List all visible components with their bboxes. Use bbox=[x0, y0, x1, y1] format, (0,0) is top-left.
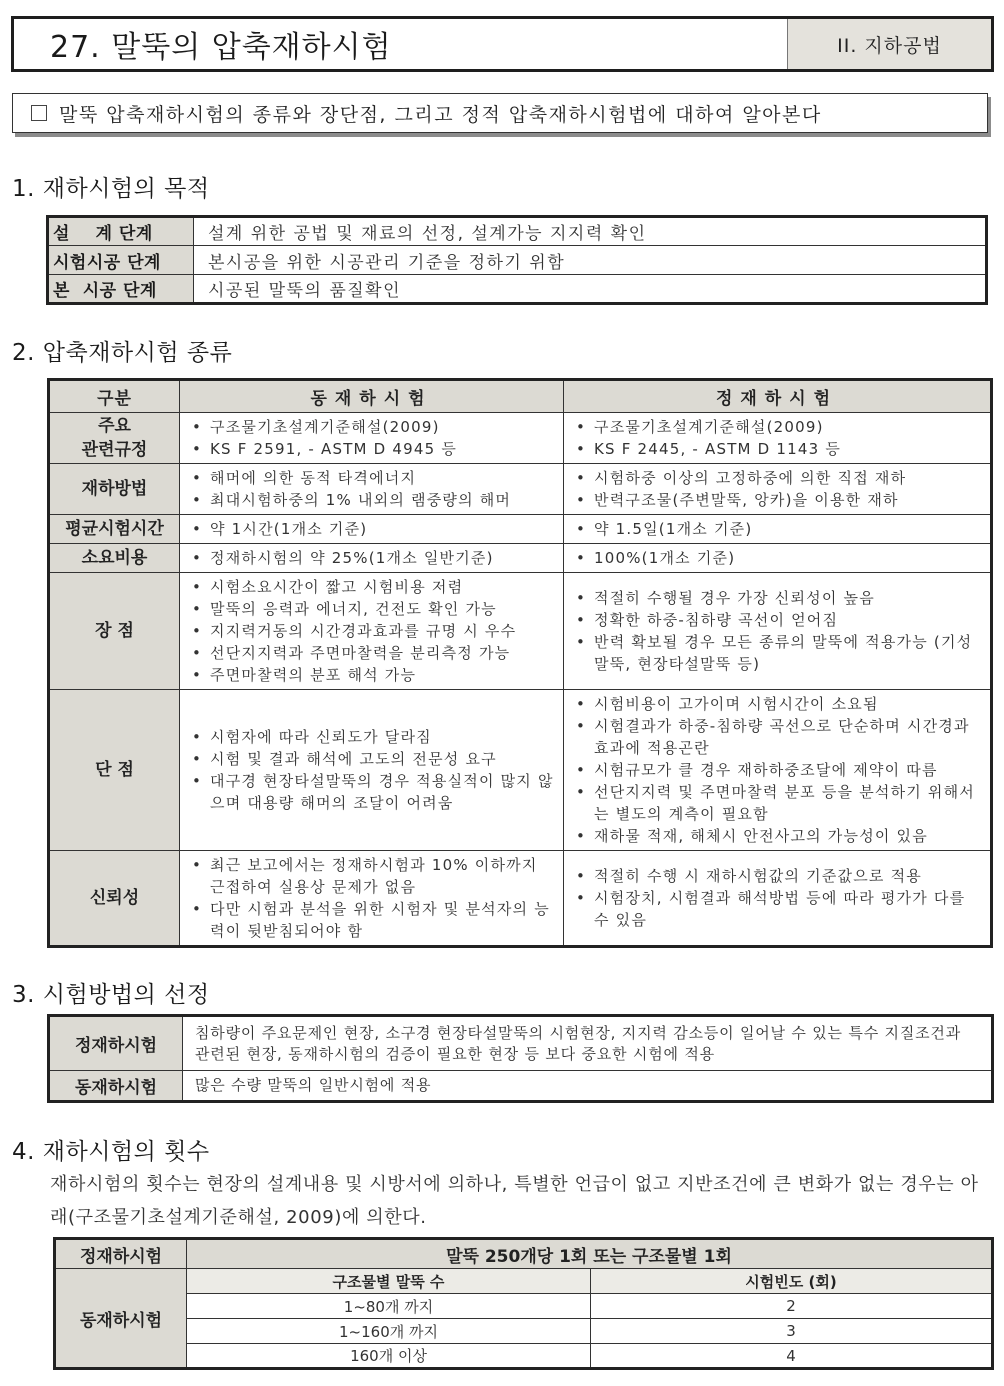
table-row: 160개 이상 4 bbox=[55, 1344, 993, 1369]
table-row: 1~80개 까지 2 bbox=[55, 1294, 993, 1319]
table-header-row: 동재하시험 구조물별 말뚝 수 시험빈도 (회) bbox=[55, 1269, 993, 1294]
column-header: 정재하시험 bbox=[564, 380, 992, 413]
bullet-list: 구조물기초설계기준해설(2009)KS F 2445, - ASTM D 114… bbox=[576, 416, 982, 460]
bullet-item: 시험소요시간이 짧고 시험비용 저렴 bbox=[192, 576, 555, 598]
table-row: 장 점시험소요시간이 짧고 시험비용 저렴말뚝의 응력과 에너지, 건전도 확인… bbox=[49, 573, 992, 690]
row-category: 장 점 bbox=[49, 573, 180, 690]
table-header-row: 구분 동재하시험 정재하시험 bbox=[49, 380, 992, 413]
table-row: 주요 관련규정구조물기초설계기준해설(2009)KS F 2591, - AST… bbox=[49, 413, 992, 464]
title-bar: 27. 말뚝의 압축재하시험 II. 지하공법 bbox=[11, 16, 994, 72]
intro-box: 말뚝 압축재하시험의 종류와 장단점, 그리고 정적 압축재하시험법에 대하여 … bbox=[12, 93, 988, 133]
bullet-item: KS F 2445, - ASTM D 1143 등 bbox=[576, 438, 982, 460]
column-header: 동재하시험 bbox=[180, 380, 564, 413]
row-category: 재하방법 bbox=[49, 464, 180, 515]
table-row: 재하방법해머에 의한 동적 타격에너지최대시험하중의 1% 내외의 램중량의 해… bbox=[49, 464, 992, 515]
table-row: 신뢰성최근 보고에서는 정재하시험과 10% 이하까지 근접하여 실용상 문제가… bbox=[49, 851, 992, 947]
row-category: 신뢰성 bbox=[49, 851, 180, 947]
bullet-item: 적절히 수행될 경우 가장 신뢰성이 높음 bbox=[576, 587, 982, 609]
bullet-item: 100%(1개소 기준) bbox=[576, 547, 982, 569]
pile-count-cell: 1~80개 까지 bbox=[187, 1294, 591, 1319]
bullet-item: 해머에 의한 동적 타격에너지 bbox=[192, 467, 555, 489]
column-header: 시험빈도 (회) bbox=[591, 1269, 993, 1294]
table-row: 본 시공 단계 시공된 말뚝의 품질확인 bbox=[48, 275, 987, 304]
table-row: 단 점시험자에 따라 신뢰도가 달라짐시험 및 결과 해석에 고도의 전문성 요… bbox=[49, 690, 992, 851]
row-label: 설 계 단계 bbox=[48, 217, 194, 246]
row-value: 시공된 말뚝의 품질확인 bbox=[194, 275, 987, 304]
row-label: 정재하시험 bbox=[49, 1016, 183, 1071]
chapter-label: II. 지하공법 bbox=[787, 19, 991, 69]
bullet-item: 구조물기초설계기준해설(2009) bbox=[192, 416, 555, 438]
row-label: 정재하시험 bbox=[55, 1239, 187, 1269]
row-label: 동재하시험 bbox=[55, 1269, 187, 1369]
dynamic-test-cell: 약 1시간(1개소 기준) bbox=[180, 515, 564, 544]
bullet-list: 100%(1개소 기준) bbox=[576, 547, 982, 569]
bullet-item: 적절히 수행 시 재하시험값의 기준값으로 적용 bbox=[576, 865, 982, 887]
row-category: 단 점 bbox=[49, 690, 180, 851]
bullet-list: 적절히 수행 시 재하시험값의 기준값으로 적용시험장치, 시험결과 해석방법 … bbox=[576, 865, 982, 931]
row-label: 본 시공 단계 bbox=[48, 275, 194, 304]
pile-count-cell: 1~160개 까지 bbox=[187, 1319, 591, 1344]
dynamic-test-cell: 구조물기초설계기준해설(2009)KS F 2591, - ASTM D 494… bbox=[180, 413, 564, 464]
bullet-list: 시험비용이 고가이며 시험시간이 소요됨시험결과가 하중-침하량 곡선으로 단순… bbox=[576, 693, 982, 847]
row-label: 시험시공 단계 bbox=[48, 246, 194, 275]
section-3-heading: 3. 시험방법의 선정 bbox=[12, 976, 210, 1009]
bullet-item: 시험결과가 하중-침하량 곡선으로 단순하며 시간경과효과에 적용곤란 bbox=[576, 715, 982, 759]
static-test-cell: 약 1.5일(1개소 기준) bbox=[564, 515, 992, 544]
bullet-list: 구조물기초설계기준해설(2009)KS F 2591, - ASTM D 494… bbox=[192, 416, 555, 460]
purpose-table: 설 계 단계 설계 위한 공법 및 재료의 선정, 설계가능 지지력 확인 시험… bbox=[46, 215, 988, 305]
bullet-item: 시험비용이 고가이며 시험시간이 소요됨 bbox=[576, 693, 982, 715]
page-title: 27. 말뚝의 압축재하시험 bbox=[14, 19, 787, 69]
static-test-cell: 시험비용이 고가이며 시험시간이 소요됨시험결과가 하중-침하량 곡선으로 단순… bbox=[564, 690, 992, 851]
table-row: 설 계 단계 설계 위한 공법 및 재료의 선정, 설계가능 지지력 확인 bbox=[48, 217, 987, 246]
bullet-item: 정확한 하중-침하량 곡선이 얻어짐 bbox=[576, 609, 982, 631]
static-frequency-value: 말뚝 250개당 1회 또는 구조물별 1회 bbox=[187, 1239, 993, 1269]
bullet-list: 시험소요시간이 짧고 시험비용 저렴말뚝의 응력과 에너지, 건전도 확인 가능… bbox=[192, 576, 555, 686]
bullet-item: 다만 시험과 분석을 위한 시험자 및 분석자의 능력이 뒷받침되어야 함 bbox=[192, 898, 555, 942]
row-label: 동재하시험 bbox=[49, 1071, 183, 1102]
bullet-item: 최근 보고에서는 정재하시험과 10% 이하까지 근접하여 실용상 문제가 없음 bbox=[192, 854, 555, 898]
bullet-item: 정재하시험의 약 25%(1개소 일반기준) bbox=[192, 547, 555, 569]
intro-text: 말뚝 압축재하시험의 종류와 장단점, 그리고 정적 압축재하시험법에 대하여 … bbox=[59, 100, 822, 127]
table-row: 정재하시험 말뚝 250개당 1회 또는 구조물별 1회 bbox=[55, 1239, 993, 1269]
bullet-item: 약 1.5일(1개소 기준) bbox=[576, 518, 982, 540]
dynamic-test-cell: 시험소요시간이 짧고 시험비용 저렴말뚝의 응력과 에너지, 건전도 확인 가능… bbox=[180, 573, 564, 690]
static-test-cell: 적절히 수행될 경우 가장 신뢰성이 높음정확한 하중-침하량 곡선이 얻어짐반… bbox=[564, 573, 992, 690]
dynamic-test-cell: 시험자에 따라 신뢰도가 달라짐시험 및 결과 해석에 고도의 전문성 요구대구… bbox=[180, 690, 564, 851]
row-value: 본시공을 위한 시공관리 기준을 정하기 위함 bbox=[194, 246, 987, 275]
section-4-heading: 4. 재하시험의 횟수 bbox=[12, 1133, 210, 1166]
row-category: 소요비용 bbox=[49, 544, 180, 573]
test-types-body: 주요 관련규정구조물기초설계기준해설(2009)KS F 2591, - AST… bbox=[49, 413, 992, 947]
method-selection-table: 정재하시험 침하량이 주요문제인 현장, 소구경 현장타설말뚝의 시험현장, 지… bbox=[47, 1014, 994, 1103]
bullet-list: 해머에 의한 동적 타격에너지최대시험하중의 1% 내외의 램중량의 해머 bbox=[192, 467, 555, 511]
bullet-item: KS F 2591, - ASTM D 4945 등 bbox=[192, 438, 555, 460]
row-category: 평균시험시간 bbox=[49, 515, 180, 544]
bullet-item: 최대시험하중의 1% 내외의 램중량의 해머 bbox=[192, 489, 555, 511]
column-header: 구분 bbox=[49, 380, 180, 413]
static-test-cell: 100%(1개소 기준) bbox=[564, 544, 992, 573]
static-test-cell: 시험하중 이상의 고정하중에 의한 직접 재하반력구조물(주변말뚝, 앙카)을 … bbox=[564, 464, 992, 515]
bullet-list: 약 1.5일(1개소 기준) bbox=[576, 518, 982, 540]
bullet-item: 대구경 현장타설말뚝의 경우 적용실적이 많지 않으며 대용량 해머의 조달이 … bbox=[192, 770, 555, 814]
table-row: 동재하시험 많은 수량 말뚝의 일반시험에 적용 bbox=[49, 1071, 993, 1102]
bullet-list: 시험하중 이상의 고정하중에 의한 직접 재하반력구조물(주변말뚝, 앙카)을 … bbox=[576, 467, 982, 511]
section-2-heading: 2. 압축재하시험 종류 bbox=[12, 334, 232, 367]
row-value: 침하량이 주요문제인 현장, 소구경 현장타설말뚝의 시험현장, 지지력 감소등… bbox=[183, 1016, 993, 1071]
frequency-paragraph: 재하시험의 횟수는 현장의 설계내용 및 시방서에 의하나, 특별한 언급이 없… bbox=[50, 1168, 980, 1234]
dynamic-test-cell: 해머에 의한 동적 타격에너지최대시험하중의 1% 내외의 램중량의 해머 bbox=[180, 464, 564, 515]
pile-count-cell: 160개 이상 bbox=[187, 1344, 591, 1369]
static-test-cell: 적절히 수행 시 재하시험값의 기준값으로 적용시험장치, 시험결과 해석방법 … bbox=[564, 851, 992, 947]
table-row: 정재하시험 침하량이 주요문제인 현장, 소구경 현장타설말뚝의 시험현장, 지… bbox=[49, 1016, 993, 1071]
bullet-item: 주면마찰력의 분포 해석 가능 bbox=[192, 664, 555, 686]
test-types-table: 구분 동재하시험 정재하시험 주요 관련규정구조물기초설계기준해설(2009)K… bbox=[47, 378, 993, 948]
bullet-item: 재하물 적재, 해체시 안전사고의 가능성이 있음 bbox=[576, 825, 982, 847]
row-value: 설계 위한 공법 및 재료의 선정, 설계가능 지지력 확인 bbox=[194, 217, 987, 246]
column-header: 구조물별 말뚝 수 bbox=[187, 1269, 591, 1294]
bullet-item: 말뚝의 응력과 에너지, 건전도 확인 가능 bbox=[192, 598, 555, 620]
bullet-item: 반력구조물(주변말뚝, 앙카)을 이용한 재하 bbox=[576, 489, 982, 511]
frequency-cell: 4 bbox=[591, 1344, 993, 1369]
row-value: 많은 수량 말뚝의 일반시험에 적용 bbox=[183, 1071, 993, 1102]
bullet-item: 선단지지력 및 주면마찰력 분포 등을 분석하기 위해서는 별도의 계측이 필요… bbox=[576, 781, 982, 825]
bullet-list: 적절히 수행될 경우 가장 신뢰성이 높음정확한 하중-침하량 곡선이 얻어짐반… bbox=[576, 587, 982, 675]
dynamic-test-cell: 최근 보고에서는 정재하시험과 10% 이하까지 근접하여 실용상 문제가 없음… bbox=[180, 851, 564, 947]
test-frequency-table: 정재하시험 말뚝 250개당 1회 또는 구조물별 1회 동재하시험 구조물별 … bbox=[53, 1237, 994, 1370]
table-row: 소요비용정재하시험의 약 25%(1개소 일반기준)100%(1개소 기준) bbox=[49, 544, 992, 573]
bullet-item: 시험규모가 클 경우 재하하중조달에 제약이 따름 bbox=[576, 759, 982, 781]
bullet-list: 최근 보고에서는 정재하시험과 10% 이하까지 근접하여 실용상 문제가 없음… bbox=[192, 854, 555, 942]
row-category: 주요 관련규정 bbox=[49, 413, 180, 464]
bullet-item: 시험 및 결과 해석에 고도의 전문성 요구 bbox=[192, 748, 555, 770]
bullet-item: 지지력거동의 시간경과효과를 규명 시 우수 bbox=[192, 620, 555, 642]
bullet-item: 반력 확보될 경우 모든 종류의 말뚝에 적용가능 (기성말뚝, 현장타설말뚝 … bbox=[576, 631, 982, 675]
frequency-cell: 3 bbox=[591, 1319, 993, 1344]
section-1-heading: 1. 재하시험의 목적 bbox=[12, 170, 210, 203]
bullet-list: 약 1시간(1개소 기준) bbox=[192, 518, 555, 540]
bullet-item: 약 1시간(1개소 기준) bbox=[192, 518, 555, 540]
frequency-cell: 2 bbox=[591, 1294, 993, 1319]
bullet-list: 시험자에 따라 신뢰도가 달라짐시험 및 결과 해석에 고도의 전문성 요구대구… bbox=[192, 726, 555, 814]
table-row: 시험시공 단계 본시공을 위한 시공관리 기준을 정하기 위함 bbox=[48, 246, 987, 275]
checkbox-icon bbox=[31, 105, 47, 121]
bullet-item: 시험장치, 시험결과 해석방법 등에 따라 평가가 다를 수 있음 bbox=[576, 887, 982, 931]
static-test-cell: 구조물기초설계기준해설(2009)KS F 2445, - ASTM D 114… bbox=[564, 413, 992, 464]
table-row: 1~160개 까지 3 bbox=[55, 1319, 993, 1344]
dynamic-test-cell: 정재하시험의 약 25%(1개소 일반기준) bbox=[180, 544, 564, 573]
bullet-item: 시험자에 따라 신뢰도가 달라짐 bbox=[192, 726, 555, 748]
bullet-list: 정재하시험의 약 25%(1개소 일반기준) bbox=[192, 547, 555, 569]
bullet-item: 시험하중 이상의 고정하중에 의한 직접 재하 bbox=[576, 467, 982, 489]
bullet-item: 구조물기초설계기준해설(2009) bbox=[576, 416, 982, 438]
table-row: 평균시험시간약 1시간(1개소 기준)약 1.5일(1개소 기준) bbox=[49, 515, 992, 544]
bullet-item: 선단지지력과 주면마찰력을 분리측정 가능 bbox=[192, 642, 555, 664]
